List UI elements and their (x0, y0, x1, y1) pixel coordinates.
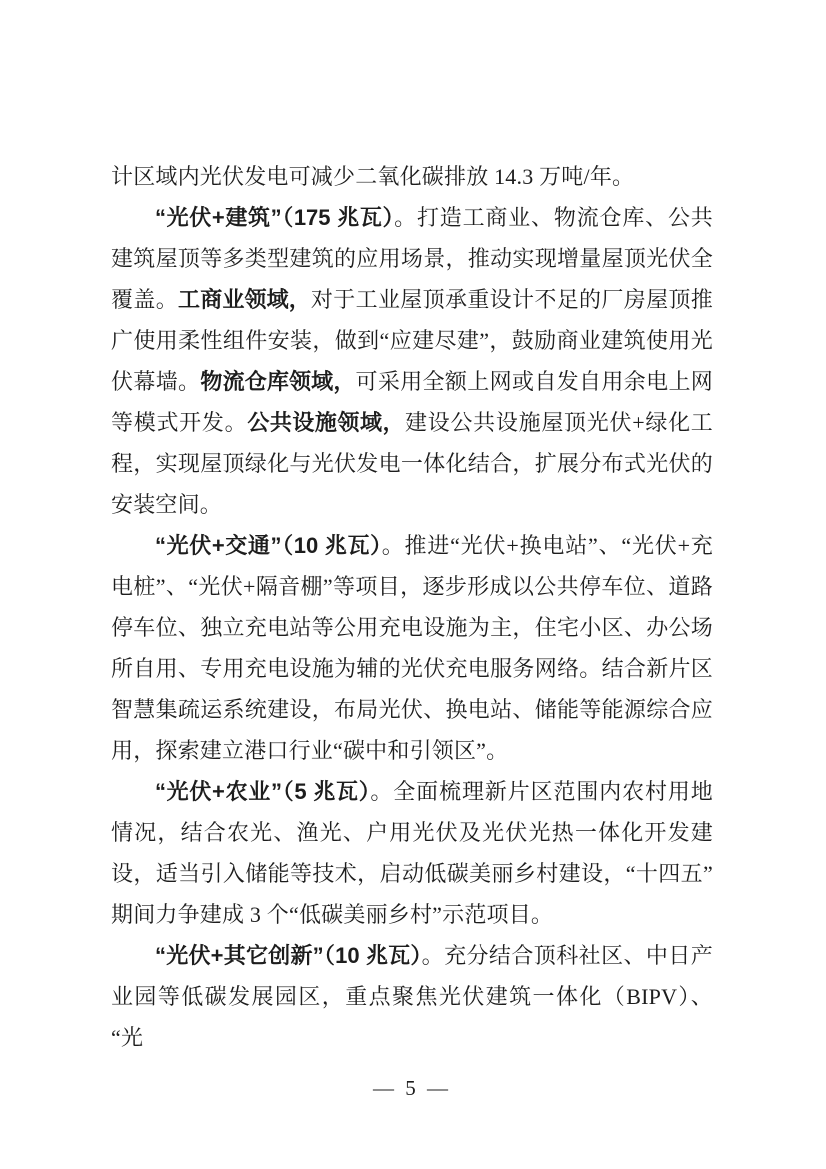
paragraph-pv-other-innovation: “光伏+其它创新”（10 兆瓦）。充分结合顶科社区、中日产业园等低碳发展园区，重… (111, 935, 713, 1058)
subheading-logistics-warehouse: 物流仓库领域， (200, 369, 355, 394)
section-heading-pv-other-innovation: “光伏+其它创新”（10 兆瓦） (155, 943, 422, 968)
document-page: 计区域内光伏发电可减少二氧化碳排放 14.3 万吨/年。 “光伏+建筑”（175… (0, 0, 826, 1169)
subheading-industrial-commercial: 工商业领域， (178, 287, 311, 312)
text-run: 。推进“光伏+换电站”、“光伏+充电桩”、“光伏+隔音棚”等项目，逐步形成以公共… (111, 533, 713, 763)
paragraph-pv-agriculture: “光伏+农业”（5 兆瓦）。全面梳理新片区范围内农村用地情况，结合农光、渔光、户… (111, 771, 713, 935)
section-heading-pv-agriculture: “光伏+农业”（5 兆瓦） (155, 779, 370, 804)
paragraph-continuation: 计区域内光伏发电可减少二氧化碳排放 14.3 万吨/年。 (111, 156, 713, 197)
paragraph-pv-building: “光伏+建筑”（175 兆瓦）。打造工商业、物流仓库、公共建筑屋顶等多类型建筑的… (111, 197, 713, 525)
section-heading-pv-building: “光伏+建筑”（175 兆瓦） (155, 205, 394, 230)
section-heading-pv-transport: “光伏+交通”（10 兆瓦） (155, 533, 382, 558)
document-body: 计区域内光伏发电可减少二氧化碳排放 14.3 万吨/年。 “光伏+建筑”（175… (111, 156, 713, 1058)
paragraph-pv-transport: “光伏+交通”（10 兆瓦）。推进“光伏+换电站”、“光伏+充电桩”、“光伏+隔… (111, 525, 713, 771)
page-footer: — 5 — (111, 1076, 713, 1100)
page-number: — 5 — (373, 1076, 451, 1100)
text-run: 计区域内光伏发电可减少二氧化碳排放 14.3 万吨/年。 (111, 164, 634, 189)
subheading-public-facilities: 公共设施领域， (247, 410, 405, 435)
